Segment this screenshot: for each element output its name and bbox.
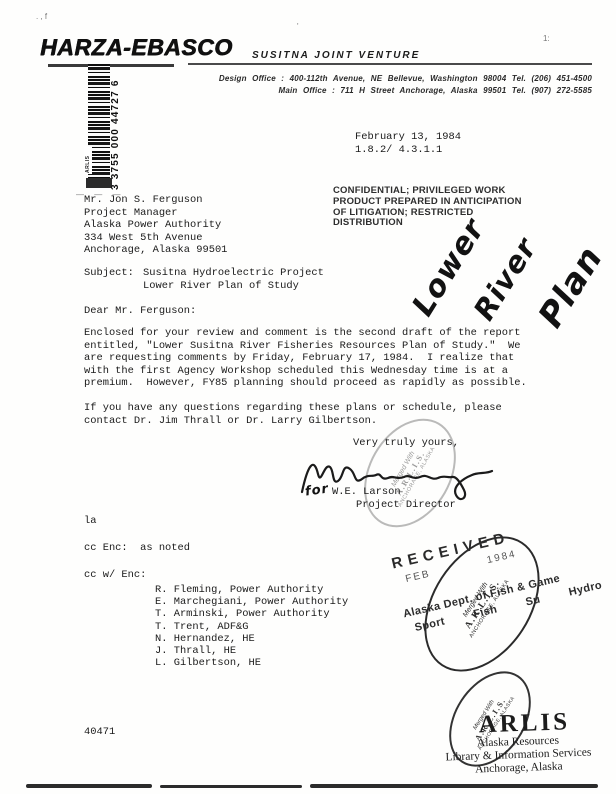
scan-artifact: 1: [543, 34, 550, 43]
scan-artifact: ' [297, 22, 299, 31]
list-item: Anchorage, Alaska 99501 [84, 244, 227, 257]
scan-artifact: . , f [36, 12, 47, 21]
list-item: N. Hernandez, HE [155, 633, 348, 645]
scan-edge-artifact [310, 784, 598, 788]
confidential-notice: CONFIDENTIAL; PRIVILEGED WORKPRODUCT PRE… [333, 186, 522, 229]
list-item: Alaska Power Authority [84, 219, 227, 232]
letterhead-rule [188, 63, 592, 65]
barcode-arlis-label: ARLIS [84, 146, 92, 174]
cc-w-enc-label: cc w/ Enc: [84, 569, 146, 582]
main-office-address: Main Office : 711 H Street Anchorage, Al… [212, 86, 592, 95]
salutation: Dear Mr. Ferguson: [84, 305, 196, 318]
cc-enc-line: cc Enc: as noted [84, 542, 190, 555]
company-logo: HARZA-EBASCO [40, 34, 233, 61]
signer-name: W.E. Larson [332, 486, 401, 499]
scanned-letter-page: . , f ' 1: HARZA-EBASCO SUSITNA JOINT VE… [0, 0, 616, 794]
list-item: T. Arminski, Power Authority [155, 608, 348, 620]
list-item: DISTRIBUTION [333, 218, 522, 229]
subject-text: Susitna Hydroelectric Project Lower Rive… [143, 267, 324, 292]
letterhead-rule-left [48, 64, 174, 67]
arlis-address-block: ARLIS Alaska Resources Library & Informa… [417, 709, 616, 779]
scan-edge-artifact [26, 784, 152, 788]
joint-venture-label: SUSITNA JOINT VENTURE [252, 50, 420, 61]
handwritten-word-plan: Plan [531, 239, 611, 335]
reference-number: 1.8.2/ 4.3.1.1 [355, 144, 442, 157]
signer-title: Project Director [356, 499, 456, 512]
list-item: PRODUCT PREPARED IN ANTICIPATION [333, 197, 522, 208]
list-item: Project Manager [84, 207, 227, 220]
barcode-end-block [86, 178, 112, 188]
barcode-number: 3 3755 000 44727 6 [110, 70, 121, 190]
document-number: 40471 [84, 726, 115, 739]
typist-initials: la [84, 515, 96, 528]
design-office-address: Design Office : 400-112th Avenue, NE Bel… [212, 74, 592, 83]
received-date-month: FEB [404, 568, 431, 584]
recipient-address-block: Mr. Jon S. FergusonProject ManagerAlaska… [84, 194, 227, 257]
subject-label: Subject: [84, 267, 134, 280]
list-item: R. Fleming, Power Authority [155, 584, 348, 596]
list-item: J. Thrall, HE [155, 645, 348, 657]
signature-scrawl [296, 448, 508, 506]
list-item: 334 West 5th Avenue [84, 232, 227, 245]
list-item: Mr. Jon S. Ferguson [84, 194, 227, 207]
scan-edge-artifact [160, 785, 302, 788]
list-item: L. Gilbertson, HE [155, 657, 348, 669]
cc-distribution-list: R. Fleming, Power AuthorityE. Marchegian… [155, 584, 348, 669]
date-line: February 13, 1984 [355, 131, 461, 144]
list-item: T. Trent, ADF&G [155, 621, 348, 633]
body-paragraph-1: Enclosed for your review and comment is … [84, 327, 527, 390]
list-item: E. Marchegiani, Power Authority [155, 596, 348, 608]
